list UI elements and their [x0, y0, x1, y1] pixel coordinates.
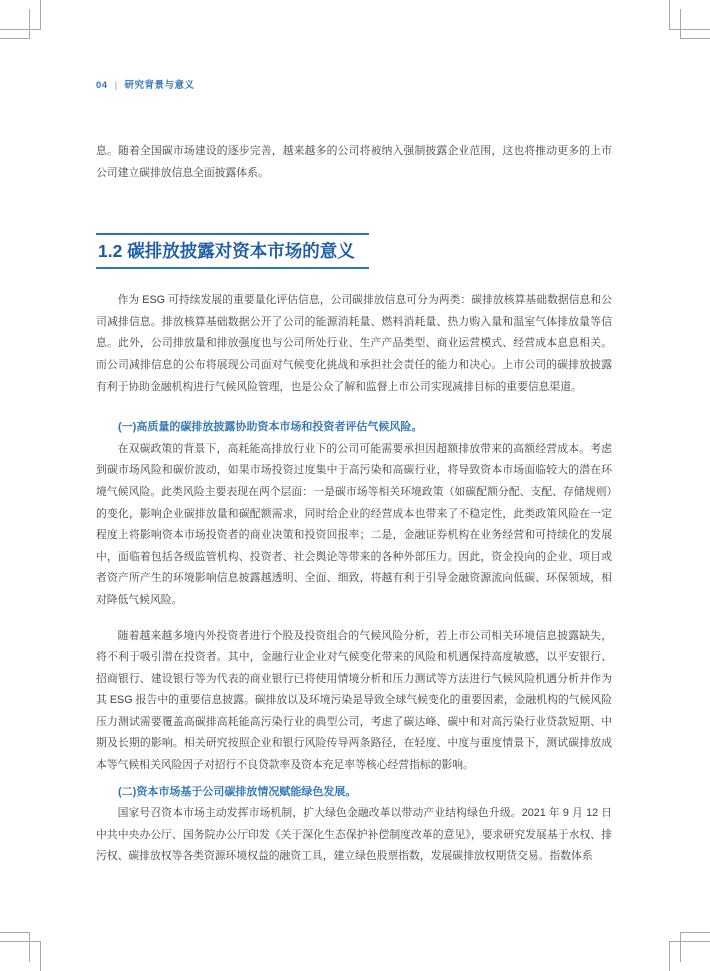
subheading-green-development: (二)资本市场基于公司碳排放情况赋能绿色发展。	[96, 782, 612, 804]
continuation-paragraph: 息。随着全国碳市场建设的逐步完善，越来越多的公司将被纳入强制披露企业范围，这也将…	[96, 141, 612, 184]
section-heading: 1.2 碳排放披露对资本市场的意义	[96, 233, 369, 269]
document-page: 04|研究背景与意义 息。随着全国碳市场建设的逐步完善，越来越多的公司将被纳入强…	[0, 0, 710, 971]
paragraph-green-finance: 国家号召资本市场主动发挥市场机制，扩大绿色金融改革以带动产业结构绿色升级。202…	[96, 803, 612, 868]
paragraph-investor-analysis: 随着越来越多境内外投资者进行个股及投资组合的气候风险分析，若上市公司相关环境信息…	[96, 626, 612, 777]
subheading-risk-assessment: (一)高质量的碳排放披露协助资本市场和投资者评估气候风险。	[96, 417, 612, 439]
paragraph-overview: 作为 ESG 可持续发展的重要量化评估信息，公司碳排放信息可分为两类：碳排放核算…	[96, 290, 612, 398]
page-content: 息。随着全国碳市场建设的逐步完善，越来越多的公司将被纳入强制披露企业范围，这也将…	[96, 0, 612, 868]
paragraph-climate-risk: 在双碳政策的背景下，高耗能高排放行业下的公司可能需要承担因超额排放带来的高额经营…	[96, 439, 612, 612]
